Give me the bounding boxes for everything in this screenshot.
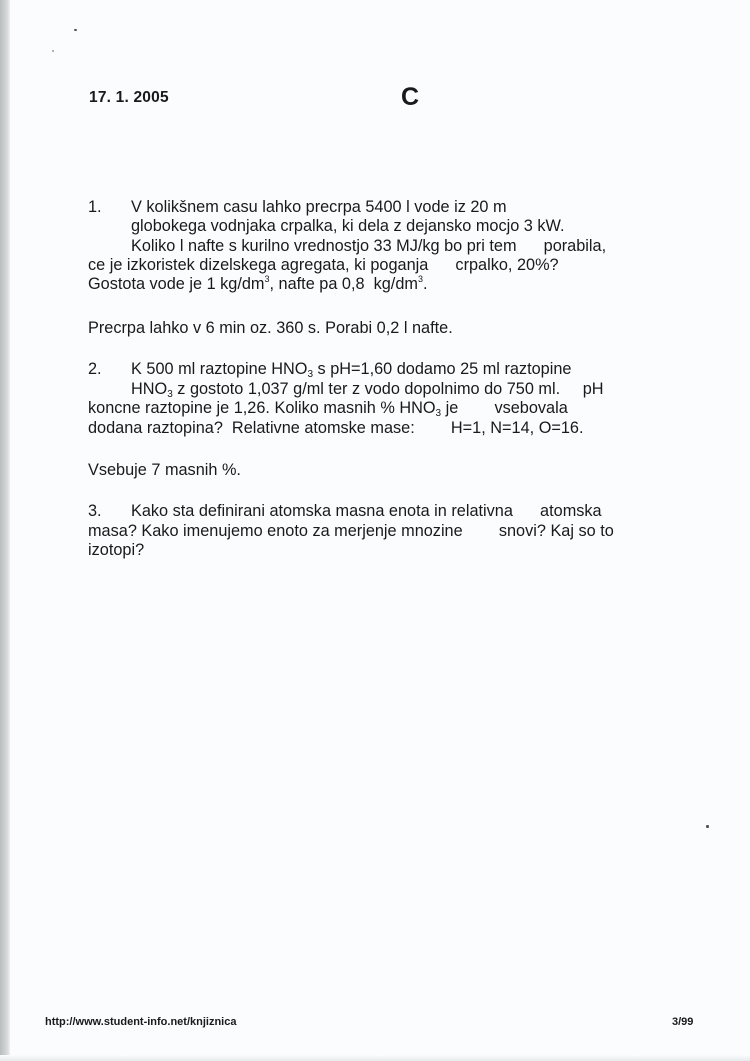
question-line: izotopi? [88,542,144,558]
question-line: globokega vodnjaka crpalka, ki dela z de… [131,218,565,234]
answer-line: Precrpa lahko v 6 min oz. 360 s. Porabi … [88,320,453,336]
question-line: masa? Kako imenujemo enoto za merjenje m… [88,523,614,539]
question-number: 2. [88,361,102,377]
question-line: HNO3 z gostoto 1,037 g/ml ter z vodo dop… [131,381,604,397]
question-line: K 500 ml raztopine HNO3 s pH=1,60 dodamo… [131,361,571,377]
scan-speck [52,50,54,52]
question-line: ce je izkoristek dizelskega agregata, ki… [88,257,559,273]
question-line: Gostota vode je 1 kg/dm3, nafte pa 0,8 k… [88,276,427,292]
scan-edge [0,0,10,1061]
scan-speck [706,825,709,828]
question-line: koncne raztopine je 1,26. Koliko masnih … [88,400,568,416]
question-line: Koliko l nafte s kurilno vrednostjo 33 M… [131,238,606,254]
question-line: Kako sta definirani atomska masna enota … [131,503,602,519]
scan-speck [74,29,77,31]
exam-variant: C [401,83,419,112]
scan-shadow [0,1055,750,1061]
footer-url: http://www.student-info.net/knjiznica [45,1016,236,1028]
page-number: 3/99 [672,1016,693,1028]
exam-date: 17. 1. 2005 [89,89,169,107]
question-line: V kolikšnem casu lahko precrpa 5400 l vo… [131,199,507,215]
answer-line: Vsebuje 7 masnih %. [88,462,241,478]
question-number: 1. [88,199,102,215]
question-line: dodana raztopina? Relativne atomske mase… [88,420,584,436]
question-number: 3. [88,503,102,519]
